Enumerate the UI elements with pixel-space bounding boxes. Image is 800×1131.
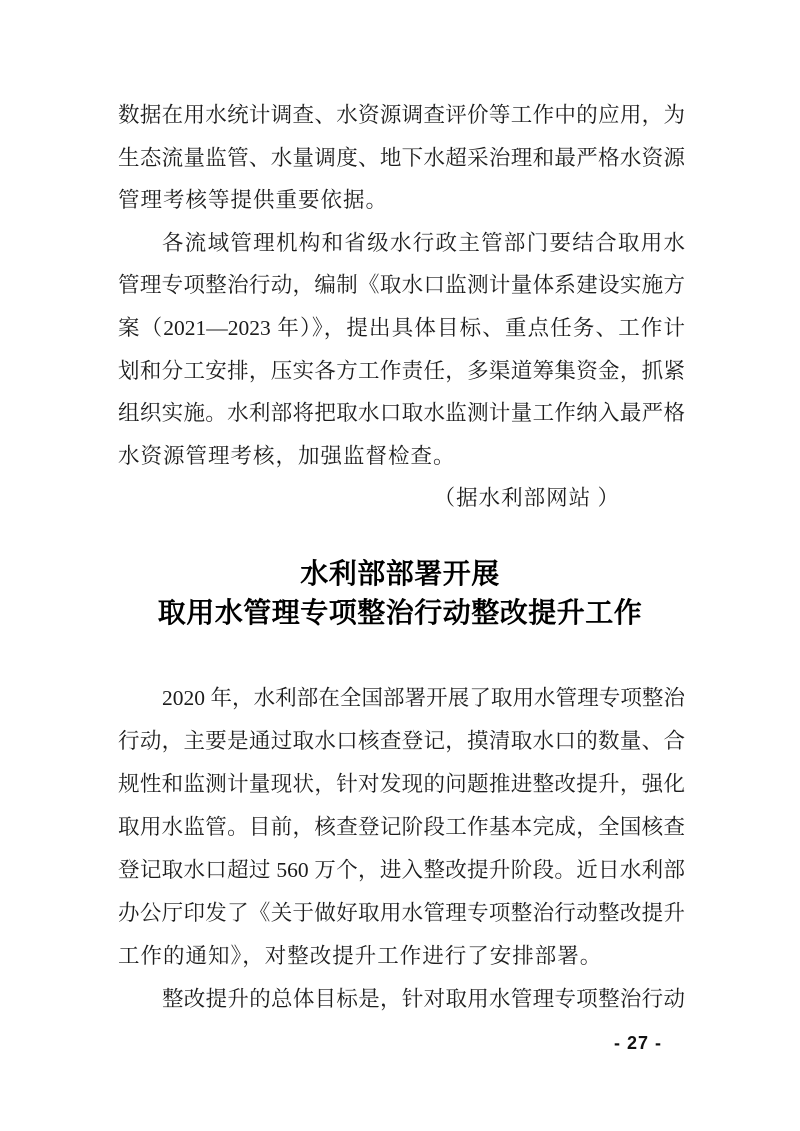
text-line: 行动，主要是通过取水口核查登记，摸清取水口的数量、合: [118, 720, 685, 763]
text-line: 取用水监管。目前，核查登记阶段工作基本完成，全国核查: [118, 806, 685, 849]
article1-body: 数据在用水统计调查、水资源调查评价等工作中的应用，为 生态流量监管、水量调度、地…: [118, 94, 685, 520]
text-line: 案（2021—2023 年）》，提出具体目标、重点任务、工作计: [118, 307, 685, 350]
article2-title: 水利部部署开展 取用水管理专项整治行动整改提升工作: [60, 556, 740, 633]
text-line: 整改提升的总体目标是，针对取用水管理专项整治行动: [118, 978, 685, 1021]
text-line: 组织实施。水利部将把取水口取水监测计量工作纳入最严格: [118, 392, 685, 435]
article2-title-line1: 水利部部署开展: [60, 556, 740, 595]
text-line: 各流域管理机构和省级水行政主管部门要结合取用水: [118, 222, 685, 265]
text-line: 登记取水口超过 560 万个，进入整改提升阶段。近日水利部: [118, 849, 685, 892]
text-line: 2020 年，水利部在全国部署开展了取用水管理专项整治: [118, 677, 685, 720]
article2-body: 2020 年，水利部在全国部署开展了取用水管理专项整治 行动，主要是通过取水口核…: [118, 677, 685, 1021]
text-line: 工作的通知》，对整改提升工作进行了安排部署。: [118, 935, 685, 978]
text-line: 生态流量监管、水量调度、地下水超采治理和最严格水资源: [118, 137, 685, 180]
source-attribution: （据水利部网站 ）: [118, 477, 685, 520]
text-line: 水资源管理考核，加强监督检查。: [118, 435, 685, 478]
document-page: 数据在用水统计调查、水资源调查评价等工作中的应用，为 生态流量监管、水量调度、地…: [0, 0, 800, 1131]
text-line: 管理考核等提供重要依据。: [118, 179, 685, 222]
text-line: 划和分工安排，压实各方工作责任，多渠道筹集资金，抓紧: [118, 350, 685, 393]
text-line: 办公厅印发了《关于做好取用水管理专项整治行动整改提升: [118, 892, 685, 935]
text-line: 管理专项整治行动，编制《取水口监测计量体系建设实施方: [118, 264, 685, 307]
text-line: 规性和监测计量现状，针对发现的问题推进整改提升，强化: [118, 763, 685, 806]
text-line: 数据在用水统计调查、水资源调查评价等工作中的应用，为: [118, 94, 685, 137]
article2-title-line2: 取用水管理专项整治行动整改提升工作: [60, 595, 740, 634]
page-number: - 27 -: [614, 1033, 662, 1054]
